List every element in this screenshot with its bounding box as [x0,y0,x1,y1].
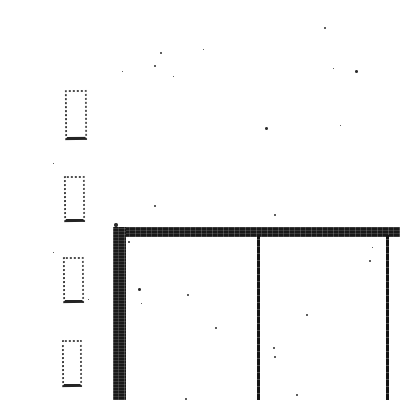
noise-dot [372,247,373,248]
noise-dot [154,65,156,67]
noise-dot [203,49,204,50]
scanned-document-page [0,0,400,400]
table-column-line [257,235,260,400]
noise-dot [296,394,298,396]
noise-dot [274,214,276,216]
noise-dot [141,303,142,304]
margin-box [63,257,84,303]
margin-box [65,90,87,140]
noise-dot [265,127,268,130]
noise-dot [88,299,89,300]
table-column-line [386,235,389,400]
table-left-border [113,227,126,400]
noise-dot [369,260,371,262]
noise-dot [273,347,275,349]
noise-dot [355,70,358,73]
noise-dot [306,314,308,316]
noise-dot [340,125,341,126]
noise-dot [333,68,334,69]
noise-dot [324,27,326,29]
noise-dot [53,252,54,253]
noise-dot [173,76,174,77]
noise-dot [187,294,189,296]
noise-dot [114,223,118,227]
noise-dot [160,52,162,54]
noise-dot [122,71,123,72]
noise-dot [128,241,130,243]
noise-dot [138,288,141,291]
noise-dot [215,327,217,329]
margin-box [64,176,85,222]
margin-box [62,340,82,387]
noise-dot [154,205,156,207]
noise-dot [274,356,276,358]
noise-dot [53,163,54,164]
